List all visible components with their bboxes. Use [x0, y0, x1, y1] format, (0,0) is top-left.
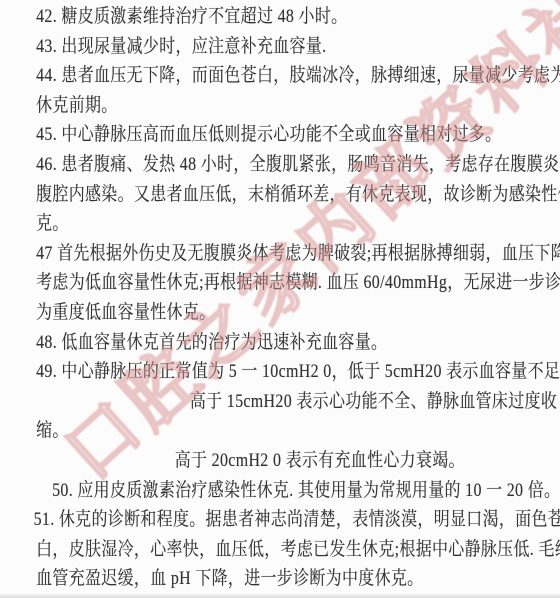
document-content: 42. 糖皮质激素维持治疗不宜超过 48 小时。 43. 出现尿量减少时，应注意… — [0, 2, 560, 594]
text-line-47: 47 首先根据外伤史及无腹膜炎体考虑为脾破裂;再根据脉搏细弱，血压下降 — [0, 239, 560, 269]
text-line-51-cont: 白，皮肤湿冷，心率快，血压低，考虑已发生休克;根据中心静脉压低. 毛细 — [0, 535, 560, 565]
document-page: 口腔之家内部资料社 42. 糖皮质激素维持治疗不宜超过 48 小时。 43. 出… — [0, 0, 560, 598]
text-line-44-cont: 休克前期。 — [0, 91, 560, 121]
text-line-46: 46. 患者腹痛、发热 48 小时，全腹肌紧张，肠鸣音消失，考虑存在腹膜炎、 — [0, 150, 560, 180]
text-line-45: 45. 中心静脉压高而血压低则提示心功能不全或血容量相对过多。 — [0, 120, 560, 150]
text-line-43: 43. 出现尿量减少时，应注意补充血容量. — [0, 32, 560, 62]
text-line-46-cont2: 克。 — [0, 209, 560, 239]
text-line-51: 51. 休克的诊断和程度。据患者神志尚清楚，表情淡漠，明显口渴，面色苍 — [0, 505, 560, 535]
text-line-51-cont2: 血管充盈迟缓，血 pH 下降，进一步诊断为中度休克。 — [0, 564, 560, 594]
text-line-50: 50. 应用皮质激素治疗感染性休克. 其使用量为常规用量的 10 一 20 倍。 — [0, 476, 560, 506]
text-line-46-cont: 腹腔内感染。又患者血压低，末梢循环差，有休克表现，故诊断为感染性休 — [0, 180, 560, 210]
text-line-49-cont3: 高于 20cmH2 0 表示有充血性心力衰竭。 — [0, 446, 560, 476]
text-line-48: 48. 低血容量休克首先的治疗为迅速补充血容量。 — [0, 328, 560, 358]
text-line-49-cont: 高于 15cmH20 表示心功能不全、静脉血管床过度收 — [0, 387, 560, 417]
text-line-49-cont2: 缩。 — [0, 416, 560, 446]
text-line-47-cont2: 为重度低血容量性休克。 — [0, 298, 560, 328]
photo-bottom-edge — [0, 593, 560, 598]
text-line-44: 44. 患者血压无下降，而面色苍白，肢端冰冷，脉搏细速，尿量减少考虑为 — [0, 61, 560, 91]
text-line-49: 49. 中心静脉压的正常值为 5 一 10cmH2 0，低于 5cmH20 表示… — [0, 357, 560, 387]
text-line-47-cont: 考虑为低血容量性休克;再根据神志模糊. 血压 60/40mmHg，无尿进一步诊断 — [0, 268, 560, 298]
text-line-42: 42. 糖皮质激素维持治疗不宜超过 48 小时。 — [0, 2, 560, 32]
